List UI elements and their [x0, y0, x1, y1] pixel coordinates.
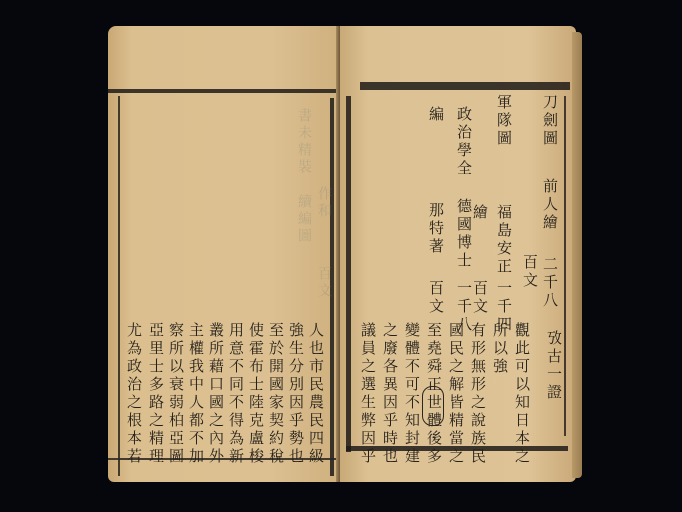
text-column: 觀此可以知日本之 [512, 322, 532, 466]
catalog-price: 百文 [520, 254, 540, 290]
text-column: 所以強 [490, 322, 510, 376]
text-column: 國民之解皆精當之 [446, 322, 466, 466]
text-column: 議員之選生弊因乎 [358, 322, 378, 466]
text-column: 叢所藉口國之內外 [206, 322, 226, 466]
text-column: 使霍布士陸克盧梭 [246, 322, 266, 466]
catalog-price: 二千八 [540, 256, 560, 310]
top-border-rule [360, 82, 570, 90]
text-column: 尤為政治之根本若 [124, 322, 144, 466]
text-column: 至於開國家契約稅 [266, 322, 286, 466]
text-column: 亞里士多路之精理 [146, 322, 166, 466]
left-page: 書未精裝 作和 續編圖 百文 人也市民農民四級 強生分別因乎勢也 至於開國家契約… [108, 26, 340, 482]
text-column: 變體不可不知封建 [402, 322, 422, 466]
page-fore-edge [572, 32, 582, 478]
catalog-title: 編 [426, 106, 446, 124]
catalog-title: 刀劍圖 [540, 94, 560, 148]
bleed-through-text: 書未精裝 [294, 108, 314, 176]
catalog-title: 政治學全 [454, 106, 474, 178]
catalog-author: 那特著 [426, 202, 446, 256]
catalog-price: 百文 [426, 280, 446, 316]
outer-margin-rule [564, 96, 566, 436]
left-margin-rule [118, 96, 120, 476]
bleed-through-text: 續編圖 [294, 194, 314, 245]
section-heading: 攷古一證 [544, 330, 564, 402]
text-column: 有形無形之說族民 [468, 322, 488, 466]
right-page: 刀劍圖 前人繪 二千八 百文 軍隊圖 福島安正 一千四 繪 百文 政治學全 德國… [340, 26, 576, 482]
catalog-title: 軍隊圖 [494, 94, 514, 148]
bleed-through-text: 作和 [314, 186, 334, 220]
text-column: 主權我中人都不加 [186, 322, 206, 466]
bleed-through-text: 百文 [314, 266, 334, 300]
catalog-author: 前人繪 [540, 178, 560, 232]
text-column: 察所以衰弱柏亞圖 [166, 322, 186, 466]
open-book: 書未精裝 作和 續編圖 百文 人也市民農民四級 強生分別因乎勢也 至於開國家契約… [108, 26, 580, 484]
catalog-author: 德國博士 [454, 198, 474, 270]
top-border-rule [108, 89, 340, 93]
text-column: 強生分別因乎勢也 [286, 322, 306, 466]
text-column: 人也市民農民四級 [306, 322, 326, 466]
text-column: 之廢各異因乎時也 [380, 322, 400, 466]
gutter-margin-rule [346, 96, 351, 452]
annotation-circle [422, 386, 444, 426]
text-column: 用意不同不得為新 [226, 322, 246, 466]
catalog-author: 福島安正 [494, 204, 514, 276]
